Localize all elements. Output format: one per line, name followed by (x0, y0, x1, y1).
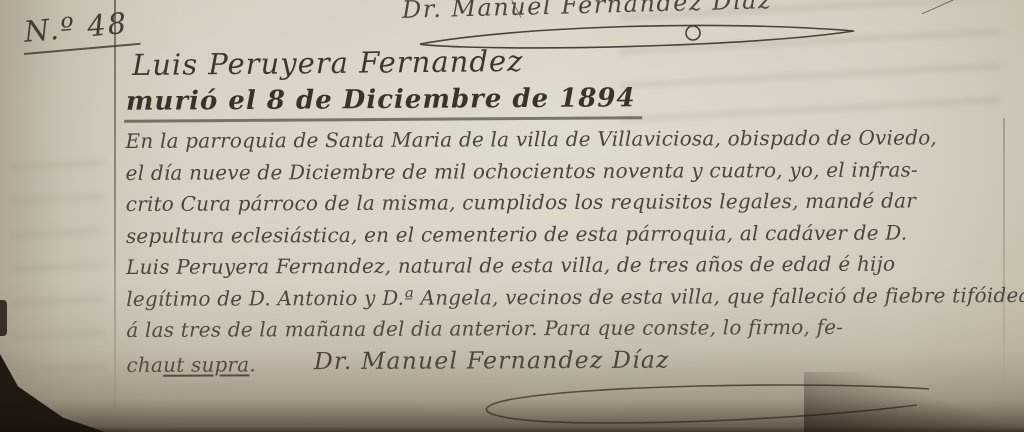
parish-register-page: { "document": { "record_number": "N.º 48… (0, 0, 1024, 432)
bleedthrough-texture (10, 150, 105, 370)
margin-rule-line (114, 0, 116, 408)
closing-signature: Dr. Manuel Fernandez Díaz (314, 345, 670, 375)
record-number: N.º 48 (20, 5, 140, 55)
body-line: el día nueve de Diciembre de mil ochocie… (126, 157, 1018, 192)
death-date-heading: murió el 8 de Diciembre de 1894 (124, 83, 642, 123)
closing-line: cha ut supra . Dr. Manuel Fernandez Díaz (126, 346, 1018, 381)
page-edge-mark (0, 300, 7, 336)
body-line: legítimo de D. Antonio y D.ª Angela, vec… (126, 283, 1018, 318)
body-line: sepultura eclesiástica, en el cementerio… (126, 220, 1018, 255)
signature-flourish-icon (455, 383, 945, 431)
closing-text: cha (126, 352, 163, 376)
body-line: Luis Peruyera Fernandez, natural de esta… (126, 251, 1018, 286)
body-line: á las tres de la mañana del dia anterior… (126, 314, 1018, 349)
ut-supra-text: ut supra (163, 352, 249, 376)
cut-pen-stroke (922, 0, 964, 14)
record-body: En la parroquia de Santa Maria de la vil… (125, 125, 1018, 381)
deceased-name-heading: Luis Peruyera Fernandez (132, 44, 524, 82)
body-line: crito Cura párroco de la misma, cumplido… (126, 188, 1018, 223)
closing-text: . (249, 352, 256, 376)
body-line: En la parroquia de Santa Maria de la vil… (125, 125, 1017, 160)
